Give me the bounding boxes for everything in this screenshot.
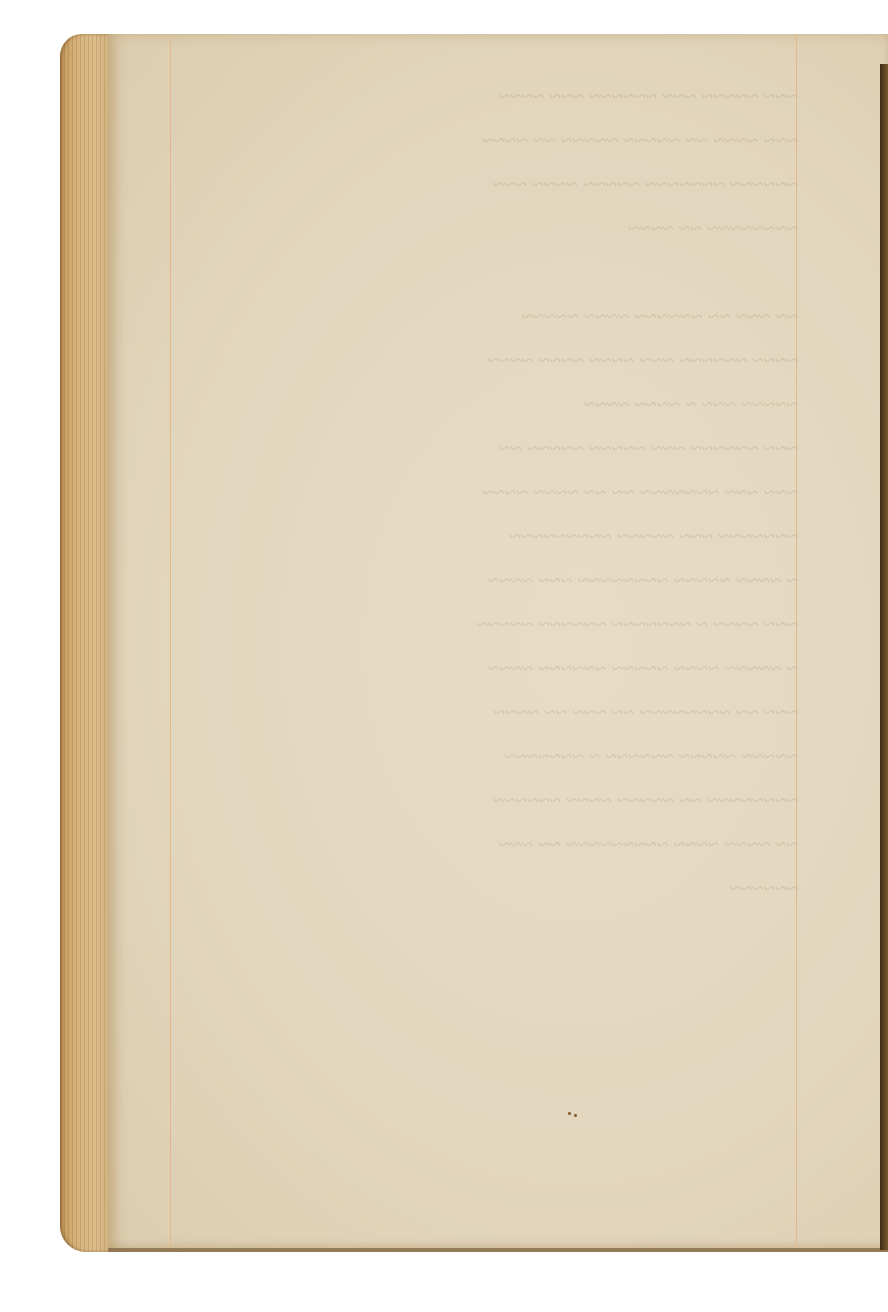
adjacent-page-edge (880, 64, 888, 1250)
bleed-line: ~~ ~~~ ~~ ~~~~~~ ~~~~ ~~~~~ (188, 294, 798, 338)
bleed-line: ~~~~ ~~~~~~ ~~~ ~~~~ ~~~~ ~~~~ (188, 338, 798, 382)
bleed-line: ~~~ ~~~~ ~~ ~~~~~ ~~~~~ ~~ ~~~~ (188, 118, 798, 162)
bleed-line: ~ ~~~~~ ~~~~ ~~~~~ ~~~~~~ ~~~~ (188, 646, 798, 690)
bleed-line: ~~~~~~ ~~~~~~~ ~~~~~ ~~~~ ~~~ (188, 162, 798, 206)
bleed-line: ~~~~~~~ ~~~ ~~~~~ ~~~~~~~~~ (188, 514, 798, 558)
bleed-through-text: ~~~ ~~~~~ ~~~ ~~~~~~ ~~~ ~~~~ ~~~ ~~~~ ~… (188, 74, 798, 910)
manuscript-book: ~~~ ~~~~~ ~~~ ~~~~~~ ~~~ ~~~~ ~~~ ~~~~ ~… (0, 0, 888, 1312)
bleed-line: ~~~ ~~~~~ ~~~ ~~~~~~ ~~~ ~~~~ (188, 74, 798, 118)
bleed-line: ~~~~~ ~~~~~ ~~~~~~ ~ ~~~~~~~ (188, 734, 798, 778)
ink-spot (568, 1112, 571, 1115)
bleed-line: ~~~~~ ~~~ ~ ~~~~ ~~~~ (188, 382, 798, 426)
left-margin-rule (170, 34, 171, 1252)
bleed-line: ~~~ ~~~~~~ ~~~ ~~~~~ ~~~~~ ~~ (188, 426, 798, 470)
bleed-line: ~~~~~~~~ ~~ ~~~~~ ~~~~ ~~~~~~ (188, 778, 798, 822)
bleed-line: ~~~ ~~ ~~~~~~~~ ~~ ~~~ ~~ ~~~~ (188, 690, 798, 734)
bleed-line: ~~ ~~~~ ~~~~ ~~~~~~~~~ ~~ ~~~ (188, 822, 798, 866)
bleed-line: ~~~~~~~~ ~~ ~~~~ (188, 206, 798, 250)
bleed-line: ~~~ ~~~ ~~~~~~~ ~~ ~~ ~~~~ ~~~~ (188, 470, 798, 514)
bleed-line: ~ ~~~~ ~~~~~ ~~~~~~~~ ~~~ ~~~~ (188, 558, 798, 602)
ink-spot (574, 1114, 577, 1117)
manuscript-page: ~~~ ~~~~~ ~~~ ~~~~~~ ~~~ ~~~~ ~~~ ~~~~ ~… (108, 34, 888, 1252)
bleed-line (188, 250, 798, 294)
bleed-line: ~~~ ~~~~ ~ ~~~~~~~ ~~~~~~ ~~~~~ (188, 602, 798, 646)
bleed-line: ~~~~~~ (188, 866, 798, 910)
